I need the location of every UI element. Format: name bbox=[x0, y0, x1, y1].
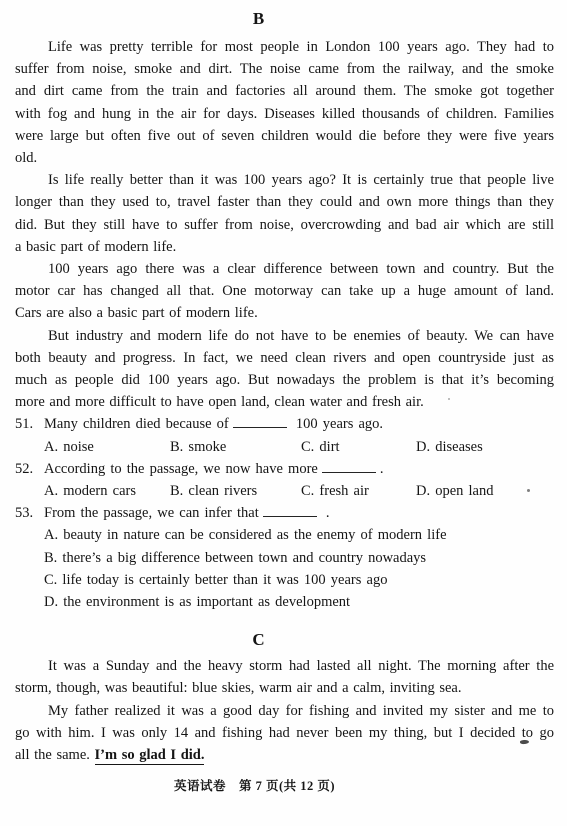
option-c: C. life today is certainly better than i… bbox=[15, 569, 554, 591]
question-stem: Many children died because of 100 years … bbox=[44, 413, 554, 435]
passage-line: with fog and hung in the air for days. D… bbox=[15, 103, 554, 125]
passage-line: and dirt came from the train and factori… bbox=[15, 80, 554, 102]
page-content: B Life was pretty terrible for most peop… bbox=[0, 0, 567, 796]
option-a: A. modern cars bbox=[44, 480, 170, 502]
option-d: D. the environment is as important as de… bbox=[15, 591, 554, 613]
question-53: 53.From the passage, we can infer that . bbox=[15, 502, 554, 524]
passage-text: all the same. bbox=[15, 747, 95, 763]
question-number: 51. bbox=[15, 413, 44, 435]
scan-artifact bbox=[527, 489, 530, 492]
options-row: A. modern carsB. clean riversC. fresh ai… bbox=[15, 480, 554, 502]
passage-line: motor car has changed all that. One moto… bbox=[15, 280, 554, 302]
passage-line: did. But they still have to suffer from … bbox=[15, 214, 554, 236]
question-51: 51.Many children died because of 100 yea… bbox=[15, 413, 554, 435]
option-a: A. beauty in nature can be considered as… bbox=[15, 524, 554, 546]
answer-blank bbox=[322, 460, 376, 473]
passage-line: But industry and modern life do not have… bbox=[15, 325, 554, 347]
question-number: 53. bbox=[15, 502, 44, 524]
question-block: 51.Many children died because of 100 yea… bbox=[15, 413, 554, 613]
passage-line: longer than they used to, travel faster … bbox=[15, 191, 554, 213]
option-c: C. dirt bbox=[301, 436, 416, 458]
option-b: B. smoke bbox=[170, 436, 301, 458]
passage-b: Life was pretty terrible for most people… bbox=[15, 36, 554, 413]
passage-line: more and more difficult to have open lan… bbox=[15, 391, 554, 413]
passage-c: It was a Sunday and the heavy storm had … bbox=[15, 655, 554, 766]
question-stem: From the passage, we can infer that . bbox=[44, 502, 554, 524]
options-row: A. noiseB. smokeC. dirtD. diseases bbox=[15, 436, 554, 458]
passage-line: Life was pretty terrible for most people… bbox=[15, 36, 554, 58]
passage-line: suffer from noise, smoke and dirt. The n… bbox=[15, 58, 554, 80]
scanned-exam-page: B Life was pretty terrible for most peop… bbox=[0, 0, 567, 826]
answer-blank bbox=[233, 415, 287, 428]
passage-line: go with him. I was only 14 and fishing h… bbox=[15, 722, 554, 744]
option-c: C. fresh air bbox=[301, 480, 416, 502]
question-52: 52.According to the passage, we now have… bbox=[15, 458, 554, 480]
passage-line: Cars are also a basic part of modern lif… bbox=[15, 302, 554, 324]
passage-line: both beauty and progress. In fact, we ne… bbox=[15, 347, 554, 369]
section-c-heading: C bbox=[0, 629, 528, 651]
passage-line: were large but often five out of seven c… bbox=[15, 125, 554, 147]
passage-line: all the same. I’m so glad I did. bbox=[15, 744, 554, 766]
passage-line: My father realized it was a good day for… bbox=[15, 700, 554, 722]
option-d: D. diseases bbox=[416, 436, 554, 458]
passage-line: storm, though, was beautiful: blue skies… bbox=[15, 677, 554, 699]
passage-line: a basic part of modern life. bbox=[15, 236, 554, 258]
option-d: D. open land bbox=[416, 480, 554, 502]
passage-line: Is life really better than it was 100 ye… bbox=[15, 169, 554, 191]
page-footer: 英语试卷 第 7 页(共 12 页) bbox=[0, 776, 524, 796]
answer-blank bbox=[263, 504, 317, 517]
question-stem: According to the passage, we now have mo… bbox=[44, 458, 554, 480]
passage-line: much as people did 100 years ago. But no… bbox=[15, 369, 554, 391]
option-b: B. there’s a big difference between town… bbox=[15, 547, 554, 569]
section-b-heading: B bbox=[0, 8, 528, 30]
scan-artifact bbox=[448, 398, 450, 400]
passage-line: 100 years ago there was a clear differen… bbox=[15, 258, 554, 280]
question-number: 52. bbox=[15, 458, 44, 480]
passage-line: It was a Sunday and the heavy storm had … bbox=[15, 655, 554, 677]
option-b: B. clean rivers bbox=[170, 480, 301, 502]
passage-line: old. bbox=[15, 147, 554, 169]
underlined-phrase: I’m so glad I did. bbox=[95, 747, 205, 765]
option-a: A. noise bbox=[44, 436, 170, 458]
